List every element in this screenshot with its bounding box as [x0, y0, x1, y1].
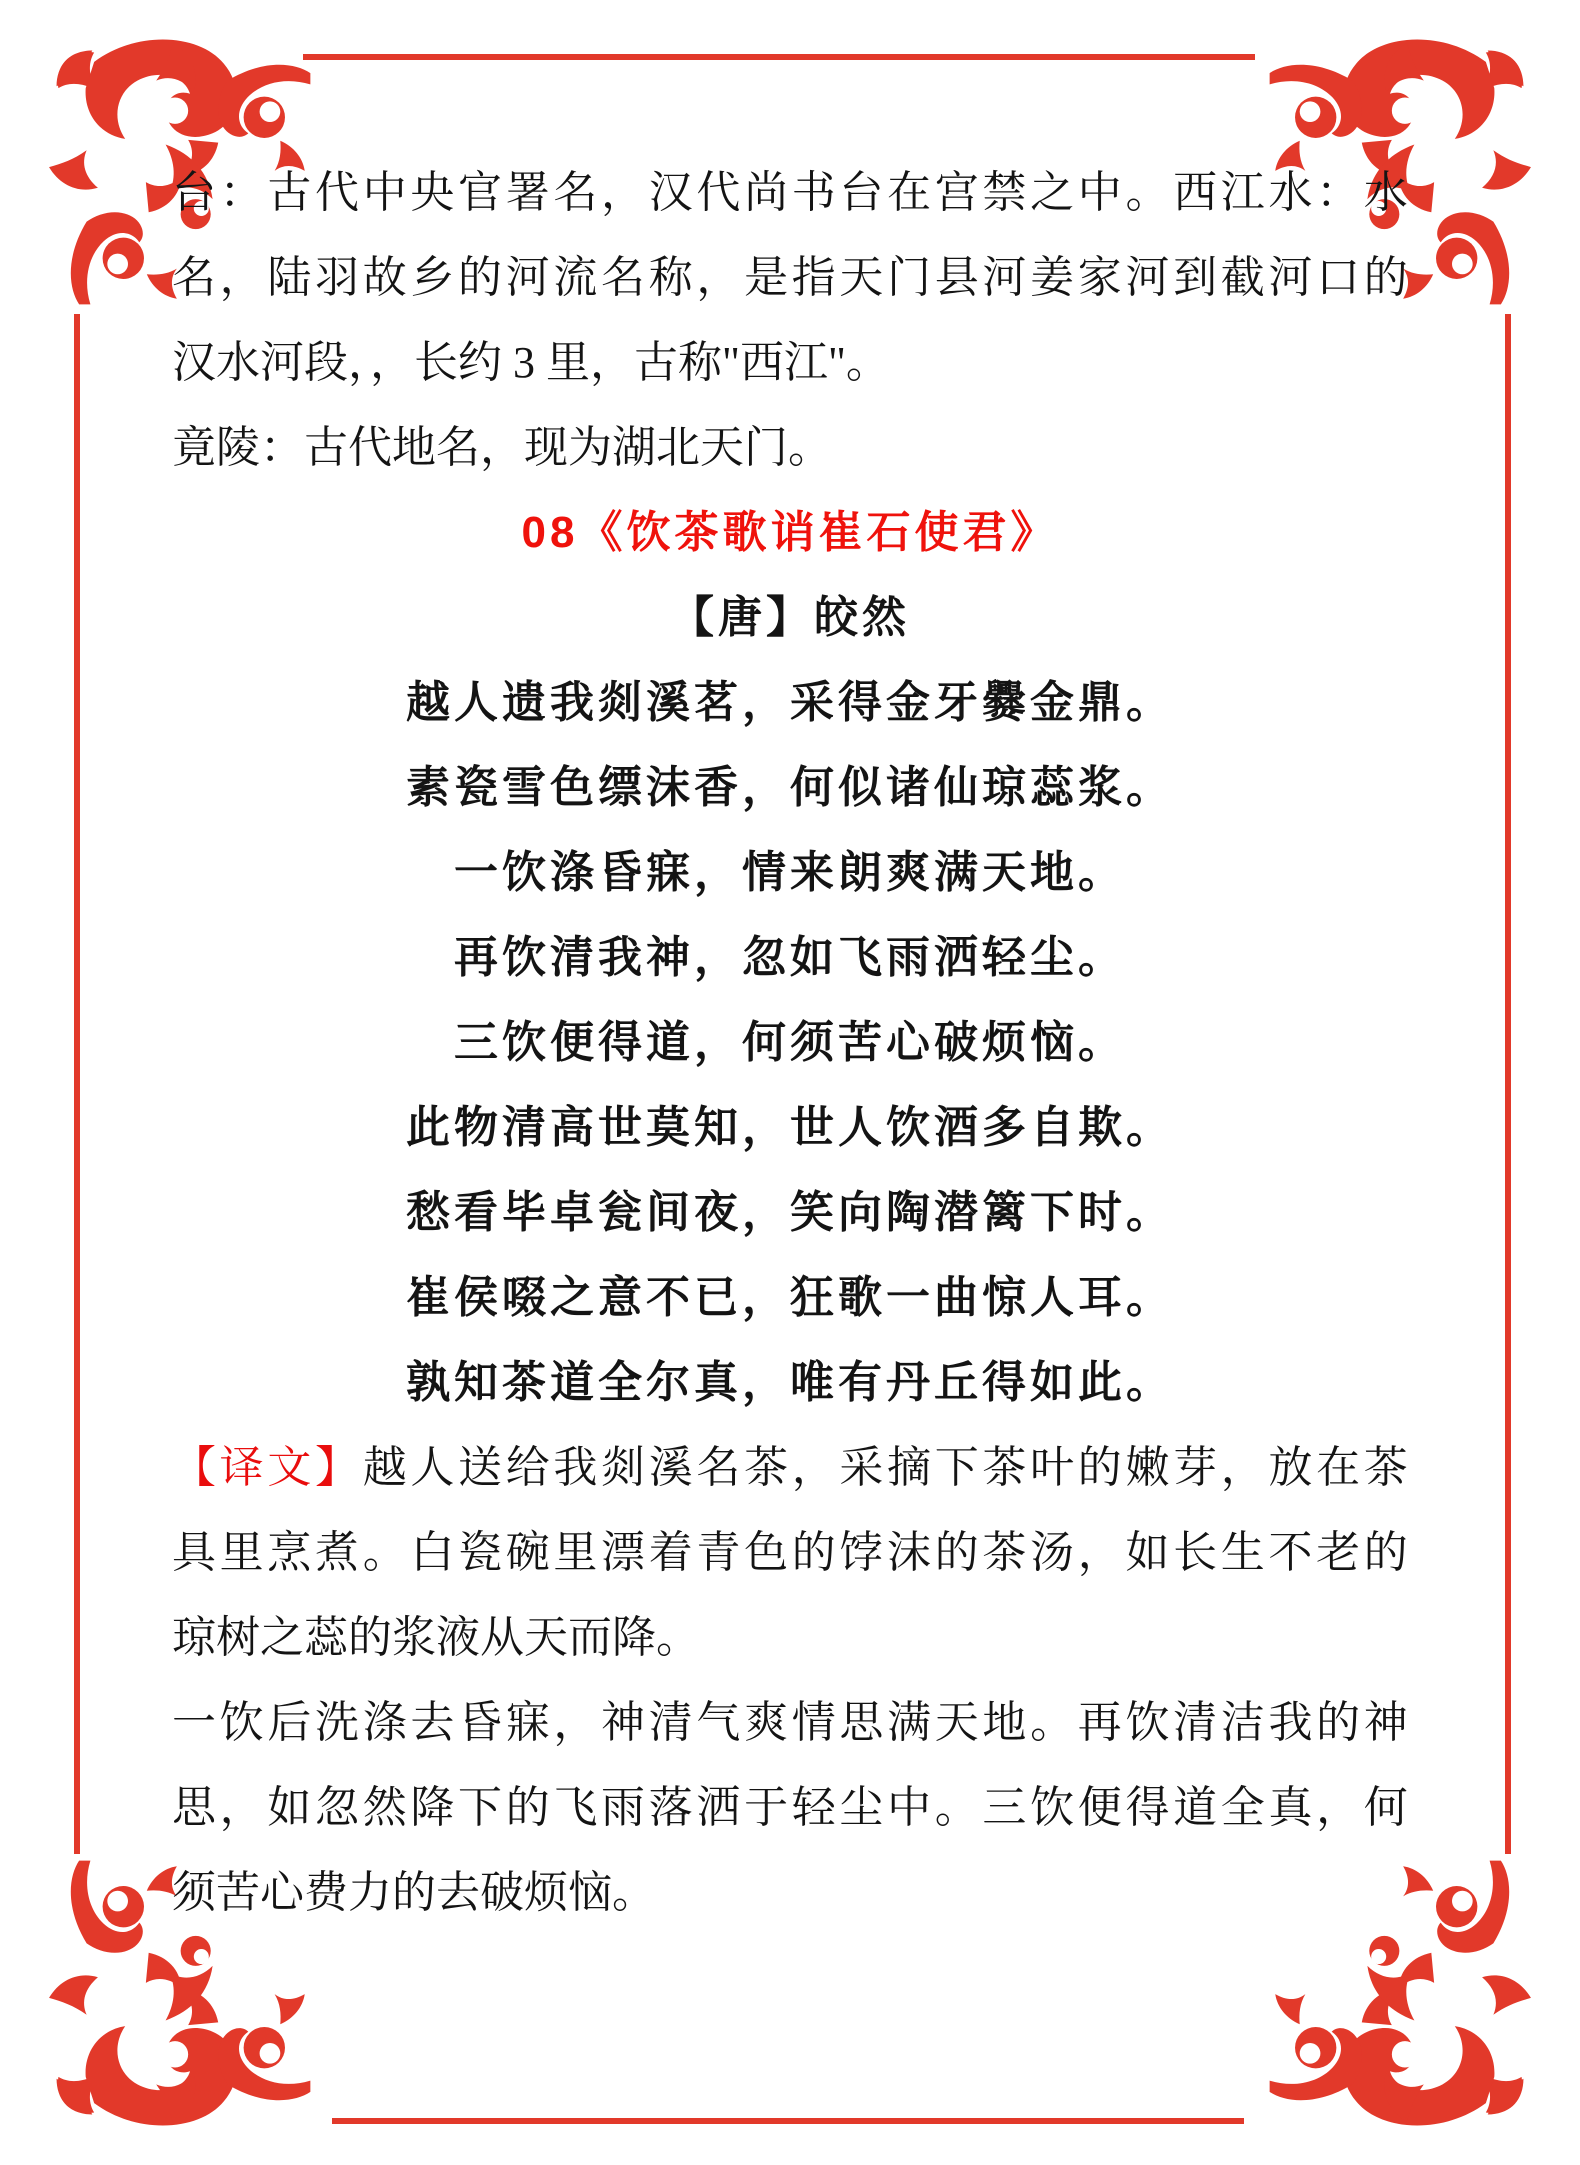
document-page: { "colors": { "ornament_red": "#e2392a",…: [0, 0, 1580, 2165]
translation-line-4: 一饮后洗涤去昏寐，神清气爽情思满天地。再饮清洁我的神: [172, 1680, 1408, 1765]
translation-line-3: 琼树之蕊的浆液从天而降。: [172, 1595, 1408, 1680]
poem-line-7: 愁看毕卓瓮间夜，笑向陶潜篱下时。: [172, 1170, 1408, 1255]
annotation-line-2: 名，陆羽故乡的河流名称，是指天门县河姜家河到截河口的: [172, 235, 1408, 320]
poem-line-3: 一饮涤昏寐，情来朗爽满天地。: [172, 830, 1408, 915]
poem-line-8: 崔侯啜之意不已，狂歌一曲惊人耳。: [172, 1255, 1408, 1340]
poem-title: 08《饮茶歌诮崔石使君》: [172, 490, 1408, 575]
poem-line-4: 再饮清我神，忽如飞雨洒轻尘。: [172, 915, 1408, 1000]
poem-line-9: 孰知茶道全尔真，唯有丹丘得如此。: [172, 1340, 1408, 1425]
border-line-bottom: [332, 2118, 1244, 2124]
border-line-top: [303, 54, 1255, 60]
page-content: 台：古代中央官署名，汉代尚书台在宫禁之中。西江水：水 名，陆羽故乡的河流名称，是…: [172, 150, 1408, 1935]
translation-line-6: 须苦心费力的去破烦恼。: [172, 1850, 1408, 1935]
poem-author: 【唐】皎然: [172, 575, 1408, 660]
annotation-line-3: 汉水河段，，长约 3 里，古称"西江"。: [172, 320, 1408, 405]
poem-line-1: 越人遗我剡溪茗，采得金牙爨金鼎。: [172, 660, 1408, 745]
translation-line-2: 具里烹煮。白瓷碗里漂着青色的饽沫的茶汤，如长生不老的: [172, 1510, 1408, 1595]
poem-line-6: 此物清高世莫知，世人饮酒多自欺。: [172, 1085, 1408, 1170]
annotation-line-1: 台：古代中央官署名，汉代尚书台在宫禁之中。西江水：水: [172, 150, 1408, 235]
translation-line-1: 【译文】越人送给我剡溪名茶，采摘下茶叶的嫩芽，放在茶: [172, 1425, 1408, 1510]
annotation-line-4: 竟陵：古代地名，现为湖北天门。: [172, 405, 1408, 490]
border-line-right: [1505, 314, 1511, 1854]
translation-line-5: 思，如忽然降下的飞雨落洒于轻尘中。三饮便得道全真，何: [172, 1765, 1408, 1850]
poem-line-2: 素瓷雪色缥沫香，何似诸仙琼蕊浆。: [172, 745, 1408, 830]
border-line-left: [74, 314, 80, 1854]
poem-line-5: 三饮便得道，何须苦心破烦恼。: [172, 1000, 1408, 1085]
